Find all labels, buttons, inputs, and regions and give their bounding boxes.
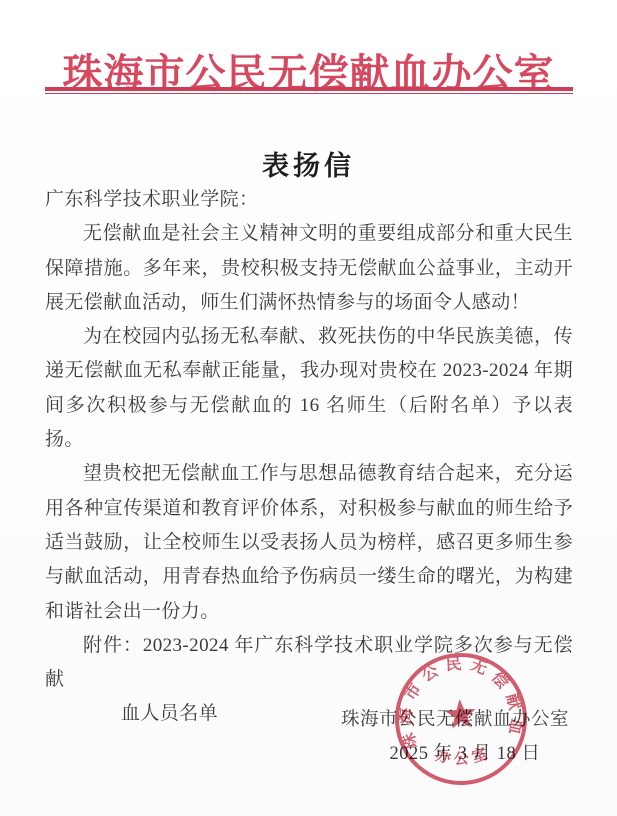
rule-thin-line — [45, 93, 573, 95]
letter-paragraph-2: 为在校园内弘扬无私奉献、救死扶伤的中华民族美德，传递无偿献血无私奉献正能量，我办… — [45, 320, 573, 457]
five-pointed-star-icon — [444, 698, 476, 729]
letter-paragraph-3: 望贵校把无偿献血工作与思想品德教育结合起来，充分运用各种宣传渠道和教育评价体系，… — [45, 457, 573, 628]
letterhead-double-rule — [45, 87, 573, 94]
letter-salutation: 广东科学技术职业学院： — [45, 183, 573, 217]
seal-bottom-text: 办公室 — [432, 742, 494, 769]
official-red-seal: 珠海市公民无偿献血 办公室 — [386, 644, 535, 793]
letter-title: 表扬信 — [0, 144, 617, 183]
letter-paragraph-1: 无偿献血是社会主义精神文明的重要组成部分和重大民生保障措施。多年来，贵校积极支持… — [45, 217, 573, 320]
scanned-letter-page: 珠海市公民无偿献血办公室 表扬信 广东科学技术职业学院： 无偿献血是社会主义精神… — [0, 0, 617, 816]
rule-thick-line — [45, 87, 573, 91]
